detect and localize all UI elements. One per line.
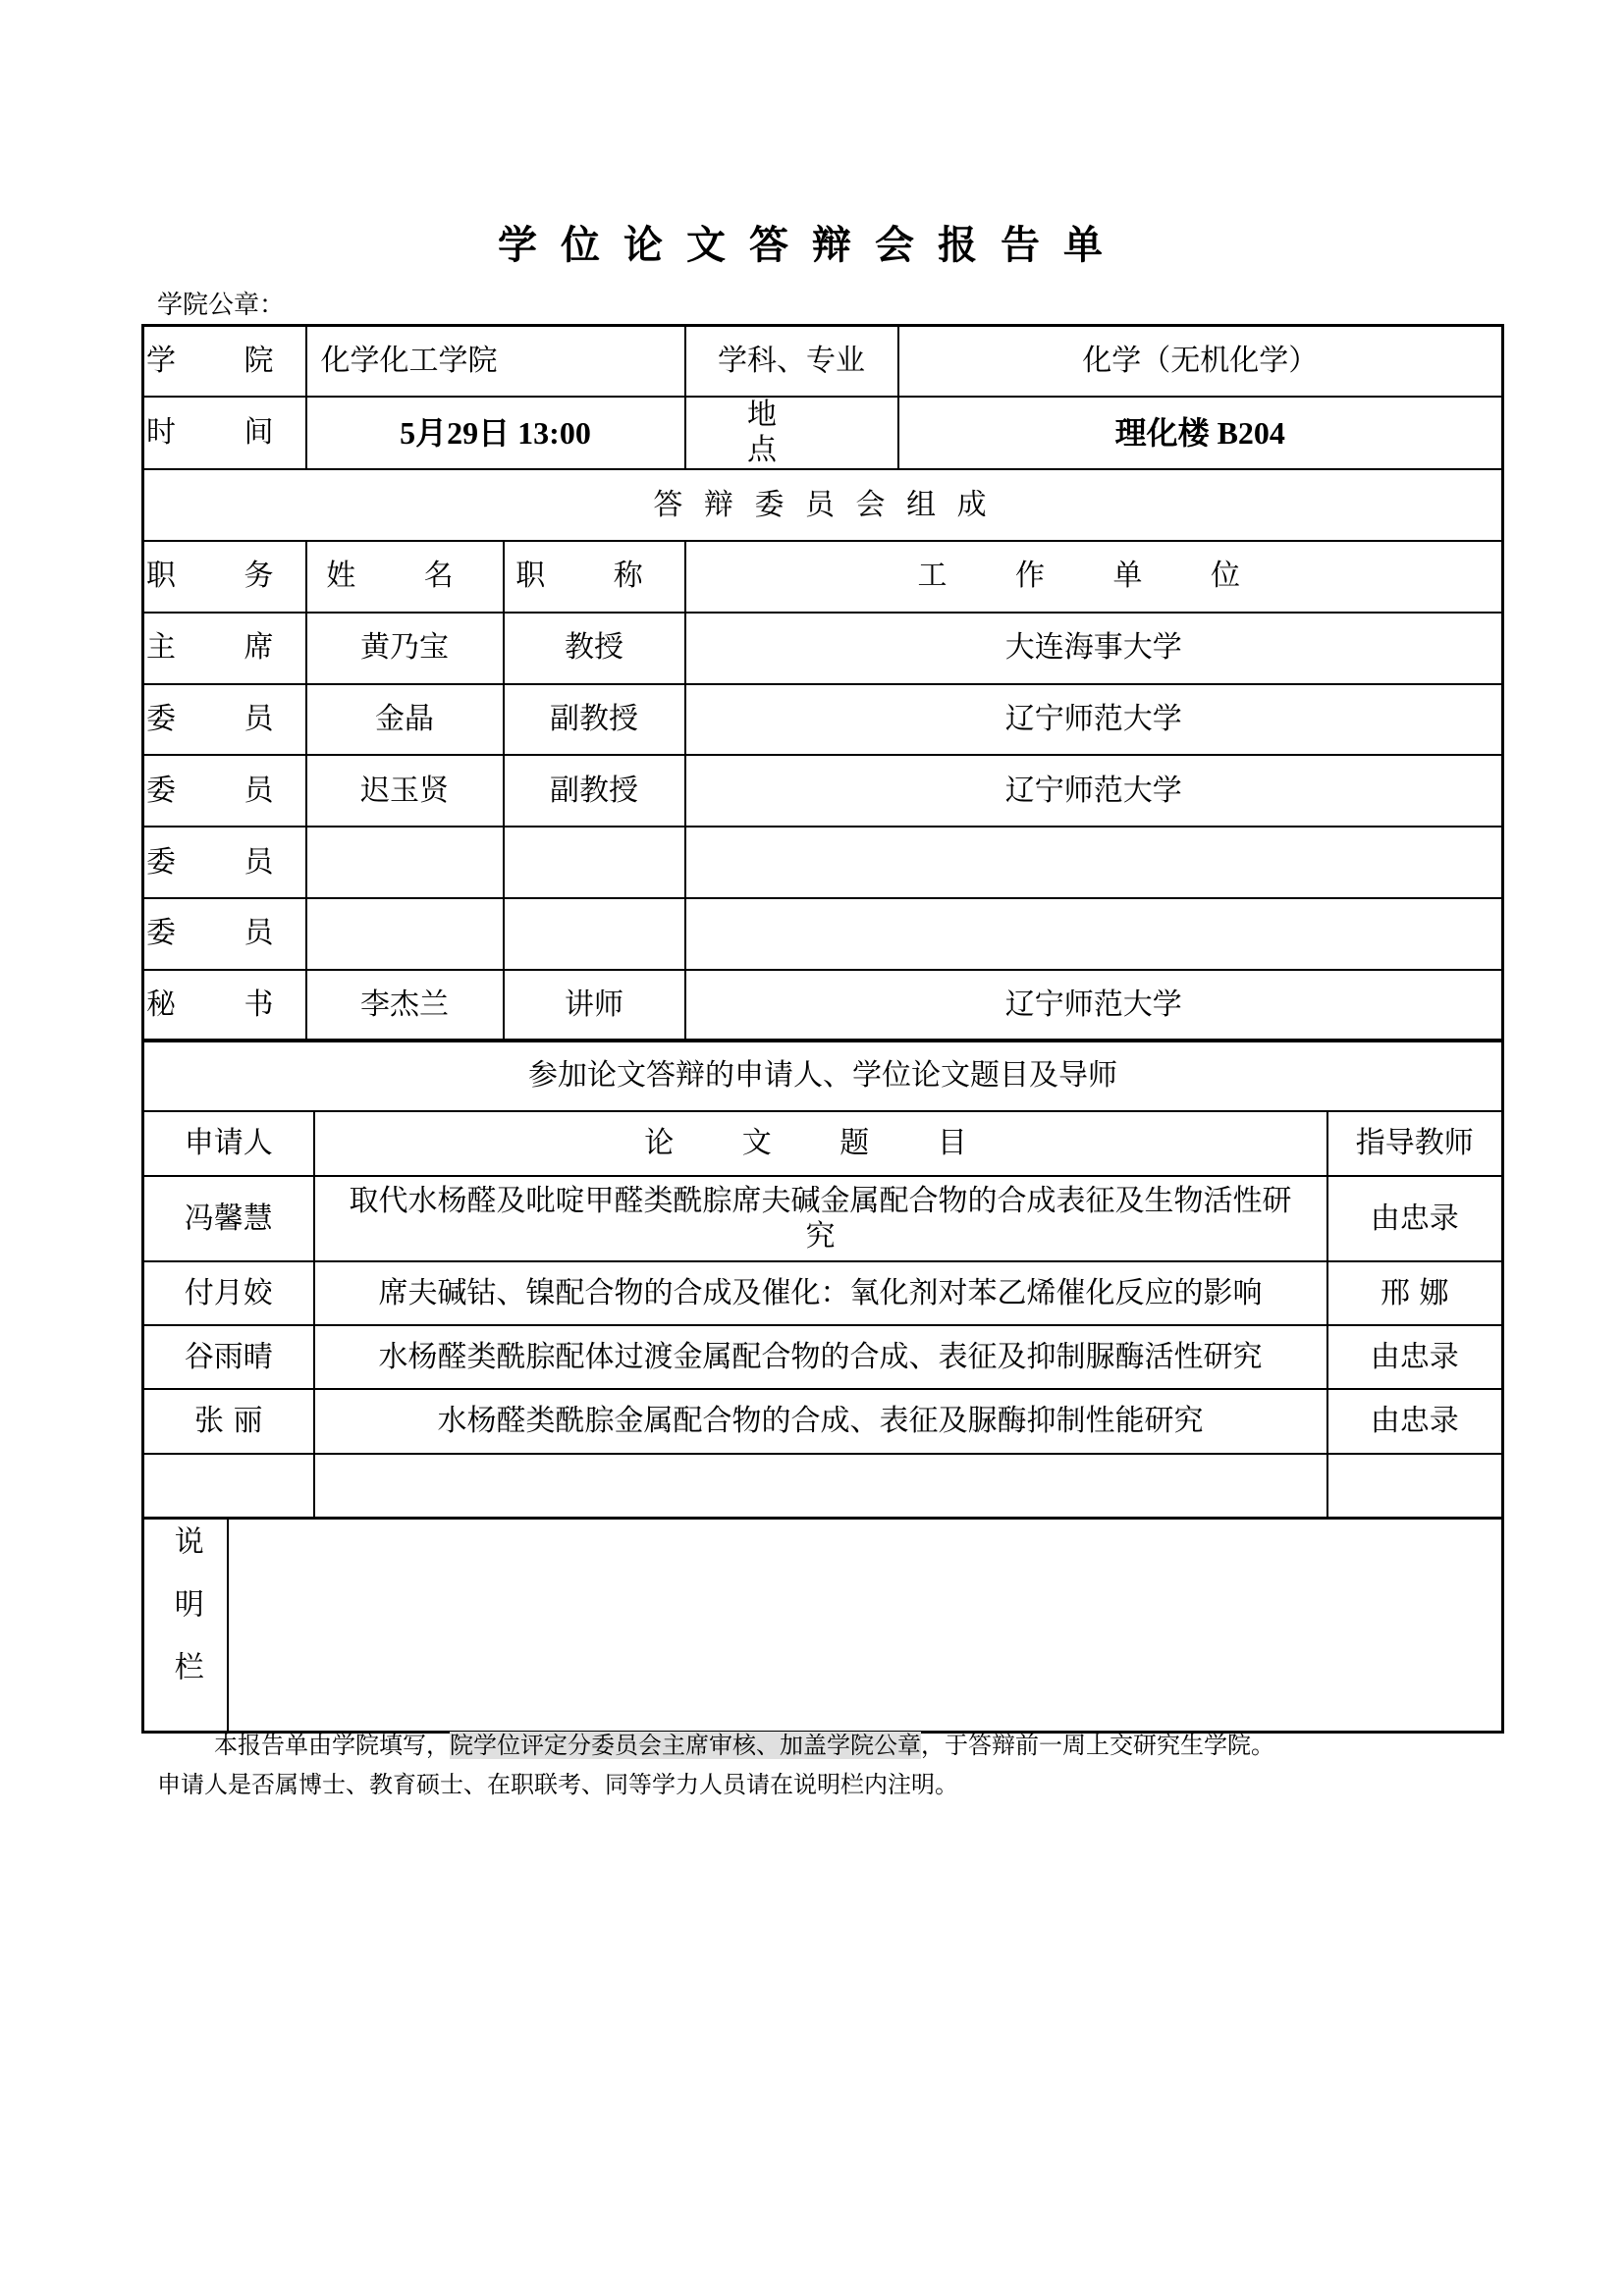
- remarks-content[interactable]: [228, 1518, 1503, 1732]
- discipline-value: 化学（无机化学）: [898, 326, 1503, 398]
- remarks-label: 说明栏: [168, 1525, 203, 1714]
- committee-header-row: 职 务 姓 名 职 称 工 作 单 位: [143, 541, 1503, 613]
- member-role: 委 员: [143, 755, 306, 827]
- committee-row: 秘 书 李杰兰 讲师 辽宁师范大学: [143, 970, 1503, 1041]
- applicant-row: 谷雨晴 水杨醛类酰腙配体过渡金属配合物的合成、表征及抑制脲酶活性研究 由忠录: [143, 1325, 1503, 1389]
- committee-row: 主 席 黄乃宝 教授 大连海事大学: [143, 613, 1503, 684]
- header-title: 职 称: [504, 541, 685, 613]
- member-role: 主 席: [143, 613, 306, 684]
- header-thesis: 论 文 题 目: [314, 1111, 1327, 1176]
- member-unit: 辽宁师范大学: [685, 755, 1503, 827]
- advisor-name: 由忠录: [1327, 1389, 1503, 1454]
- footnote-part-3: ，于答辩前一周上交研究生学院。: [921, 1732, 1274, 1759]
- applicant-name: 付月姣: [143, 1261, 314, 1325]
- footnote-highlight: 院学位评定分委员会主席审核、加盖学院公章: [450, 1732, 921, 1759]
- applicant-name: 张 丽: [143, 1389, 314, 1454]
- remarks-label-cell: 说明栏: [143, 1518, 228, 1732]
- college-label: 学 院: [143, 326, 306, 398]
- applicant-name: [143, 1454, 314, 1518]
- thesis-title: 水杨醛类酰腙配体过渡金属配合物的合成、表征及抑制脲酶活性研究: [314, 1325, 1327, 1389]
- college-value: 化学化工学院: [306, 326, 685, 398]
- footnote-line-1: 本报告单由学院填写，院学位评定分委员会主席审核、加盖学院公章，于答辩前一周上交研…: [157, 1726, 1502, 1765]
- footnote-part-1: 本报告单由学院填写，: [214, 1732, 450, 1759]
- member-unit: 大连海事大学: [685, 613, 1503, 684]
- advisor-name: 由忠录: [1327, 1176, 1503, 1261]
- applicant-row: 付月姣 席夫碱钴、镍配合物的合成及催化：氧化剂对苯乙烯催化反应的影响 邢 娜: [143, 1261, 1503, 1325]
- place-label: 地 点: [685, 397, 898, 469]
- member-name: 黄乃宝: [306, 613, 504, 684]
- applicants-section-row: 参加论文答辩的申请人、学位论文题目及导师: [143, 1040, 1503, 1111]
- member-title: 副教授: [504, 755, 685, 827]
- member-name: 李杰兰: [306, 970, 504, 1041]
- member-role: 委 员: [143, 684, 306, 756]
- discipline-label: 学科、专业: [685, 326, 898, 398]
- header-role: 职 务: [143, 541, 306, 613]
- header-name: 姓 名: [306, 541, 504, 613]
- time-label: 时 间: [143, 397, 306, 469]
- member-role: 秘 书: [143, 970, 306, 1041]
- committee-row: 委 员: [143, 827, 1503, 898]
- member-unit: 辽宁师范大学: [685, 684, 1503, 756]
- advisor-name: 由忠录: [1327, 1325, 1503, 1389]
- time-value: 5月29日 13:00: [306, 397, 685, 469]
- member-name: [306, 827, 504, 898]
- applicant-name: 谷雨晴: [143, 1325, 314, 1389]
- applicants-section-title: 参加论文答辩的申请人、学位论文题目及导师: [143, 1040, 1503, 1111]
- applicants-header-row: 申请人 论 文 题 目 指导教师: [143, 1111, 1503, 1176]
- time-place-row: 时 间 5月29日 13:00 地 点 理化楼 B204: [143, 397, 1503, 469]
- applicant-name: 冯馨慧: [143, 1176, 314, 1261]
- remarks-table: 说明栏: [141, 1517, 1504, 1734]
- committee-section-title: 答 辩 委 员 会 组 成: [143, 469, 1503, 541]
- header-unit: 工 作 单 位: [685, 541, 1503, 613]
- member-title: [504, 827, 685, 898]
- member-title: 讲师: [504, 970, 685, 1041]
- thesis-title: 取代水杨醛及吡啶甲醛类酰腙席夫碱金属配合物的合成表征及生物活性研究: [314, 1176, 1327, 1261]
- thesis-title: 席夫碱钴、镍配合物的合成及催化：氧化剂对苯乙烯催化反应的影响: [314, 1261, 1327, 1325]
- committee-row: 委 员 迟玉贤 副教授 辽宁师范大学: [143, 755, 1503, 827]
- applicant-row: 张 丽 水杨醛类酰腙金属配合物的合成、表征及脲酶抑制性能研究 由忠录: [143, 1389, 1503, 1454]
- footnote-line-2: 申请人是否属博士、教育硕士、在职联考、同等学力人员请在说明栏内注明。: [157, 1765, 1502, 1804]
- applicant-row: [143, 1454, 1503, 1518]
- member-role: 委 员: [143, 827, 306, 898]
- member-role: 委 员: [143, 898, 306, 970]
- thesis-title: 水杨醛类酰腙金属配合物的合成、表征及脲酶抑制性能研究: [314, 1389, 1327, 1454]
- header-advisor: 指导教师: [1327, 1111, 1503, 1176]
- thesis-title: [314, 1454, 1327, 1518]
- place-value: 理化楼 B204: [898, 397, 1503, 469]
- applicants-table: 参加论文答辩的申请人、学位论文题目及导师 申请人 论 文 题 目 指导教师 冯馨…: [141, 1039, 1504, 1520]
- member-name: [306, 898, 504, 970]
- info-committee-table: 学 院 化学化工学院 学科、专业 化学（无机化学） 时 间 5月29日 13:0…: [141, 324, 1504, 1042]
- member-name: 迟玉贤: [306, 755, 504, 827]
- college-row: 学 院 化学化工学院 学科、专业 化学（无机化学）: [143, 326, 1503, 398]
- member-unit: [685, 898, 1503, 970]
- member-title: 副教授: [504, 684, 685, 756]
- member-title: 教授: [504, 613, 685, 684]
- footnote: 本报告单由学院填写，院学位评定分委员会主席审核、加盖学院公章，于答辩前一周上交研…: [157, 1726, 1502, 1804]
- member-title: [504, 898, 685, 970]
- member-unit: 辽宁师范大学: [685, 970, 1503, 1041]
- applicant-row: 冯馨慧 取代水杨醛及吡啶甲醛类酰腙席夫碱金属配合物的合成表征及生物活性研究 由忠…: [143, 1176, 1503, 1261]
- member-name: 金晶: [306, 684, 504, 756]
- college-seal-label: 学院公章：: [157, 285, 285, 321]
- committee-row: 委 员 金晶 副教授 辽宁师范大学: [143, 684, 1503, 756]
- advisor-name: [1327, 1454, 1503, 1518]
- page-title: 学位论文答辩会报告单: [0, 214, 1624, 270]
- header-applicant: 申请人: [143, 1111, 314, 1176]
- member-unit: [685, 827, 1503, 898]
- committee-section-row: 答 辩 委 员 会 组 成: [143, 469, 1503, 541]
- committee-row: 委 员: [143, 898, 1503, 970]
- advisor-name: 邢 娜: [1327, 1261, 1503, 1325]
- remarks-row: 说明栏: [143, 1518, 1503, 1732]
